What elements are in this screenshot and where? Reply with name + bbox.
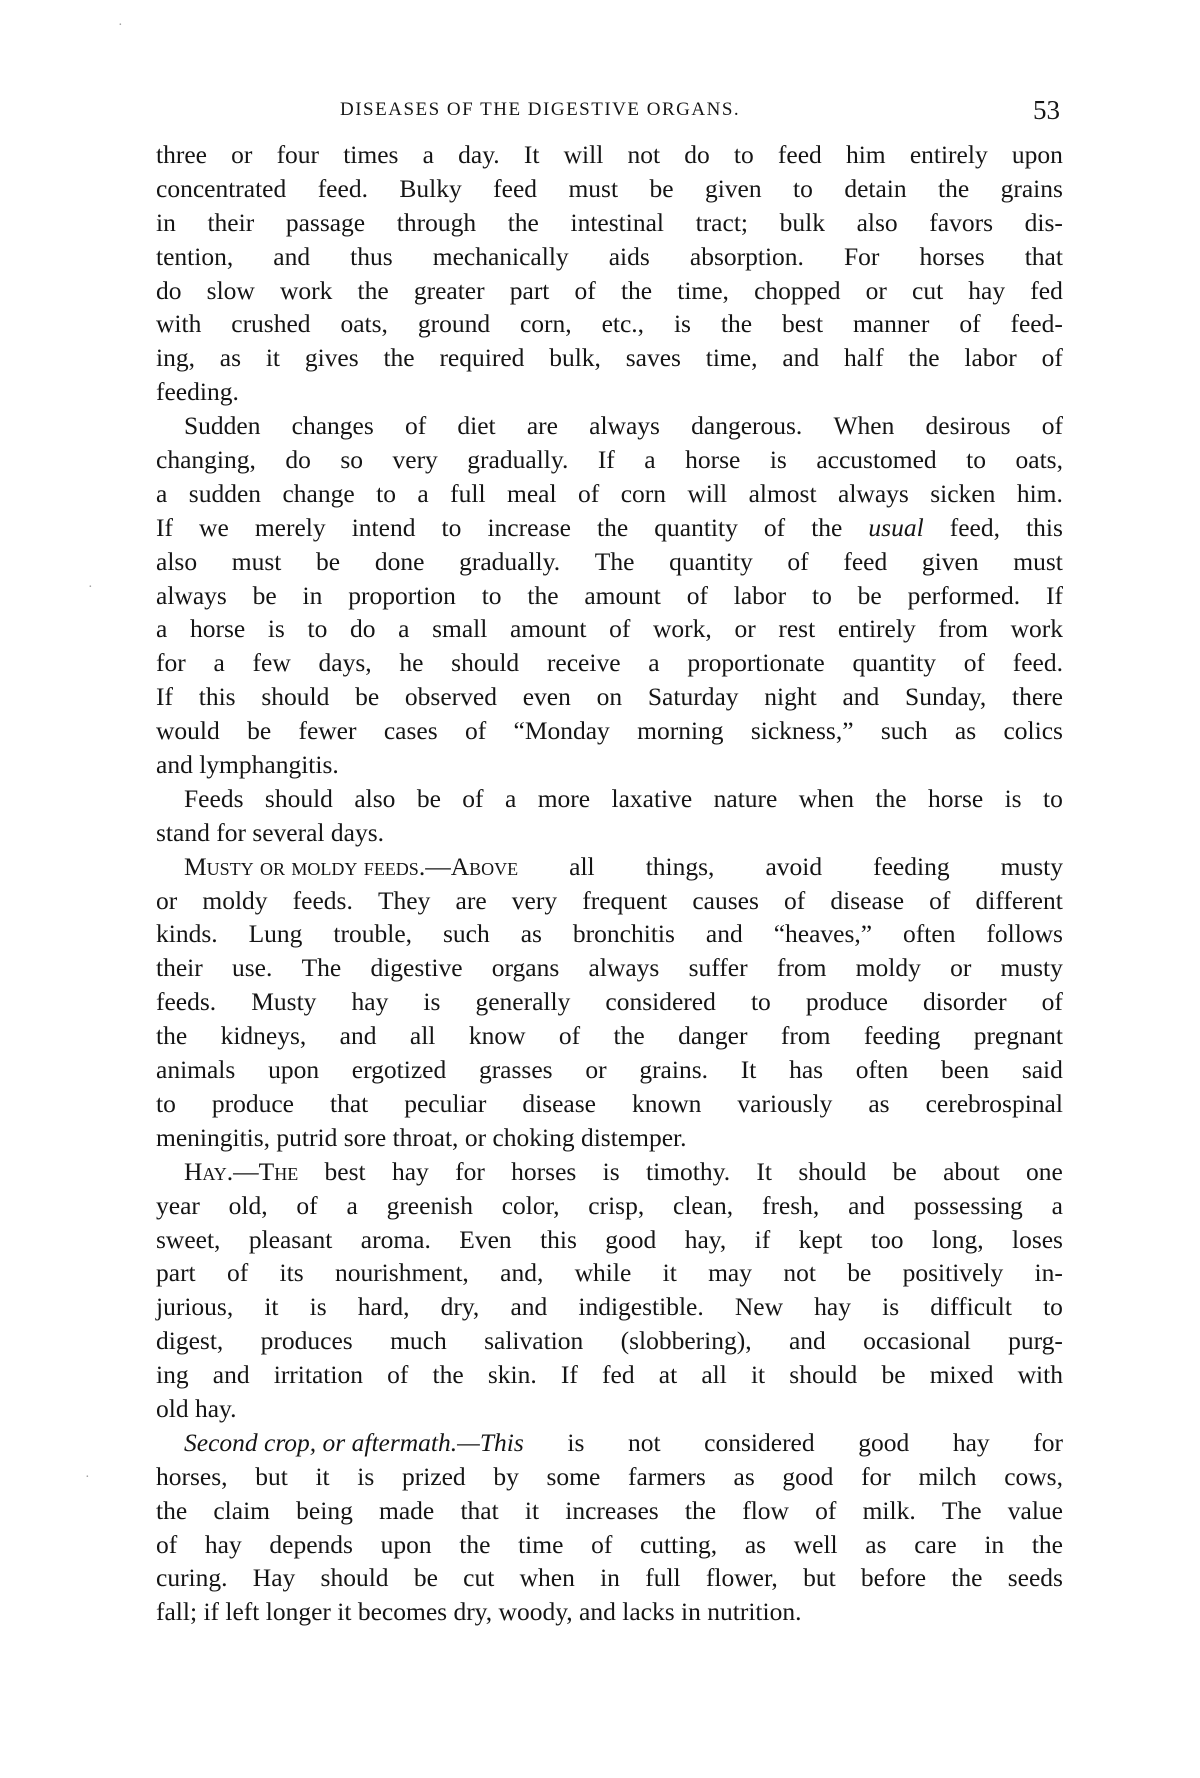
text-line: wouldbefewercasesof“Mondaymorningsicknes…: [156, 714, 1063, 748]
text-line: doslowworkthegreaterpartofthetime,choppe…: [156, 274, 1063, 308]
text-line: theclaimbeingmadethatitincreasestheflowo…: [156, 1494, 1063, 1528]
text-line: withcrushedoats,groundcorn,etc.,isthebes…: [156, 307, 1063, 341]
text-line: meningitis, putrid sore throat, or choki…: [156, 1121, 1063, 1155]
section-heading: Hay.—The: [184, 1155, 298, 1189]
text-line: animalsuponergotizedgrassesorgrains.Itha…: [156, 1053, 1063, 1087]
text-line: Musty or moldy feeds.—Aboveallthings,avo…: [156, 850, 1063, 884]
body-text: threeorfourtimesaday.Itwillnotdotofeedhi…: [156, 138, 1063, 1629]
text-line: IfthisshouldbeobservedevenonSaturdaynigh…: [156, 680, 1063, 714]
text-line: and lymphangitis.: [156, 748, 1063, 782]
text-line: asuddenchangetoafullmealofcornwillalmost…: [156, 477, 1063, 511]
text-line: ahorseistodoasmallamountofwork,orrestent…: [156, 612, 1063, 646]
scan-speck: ·: [85, 1470, 90, 1486]
text-line: ormoldyfeeds.Theyareveryfrequentcausesof…: [156, 884, 1063, 918]
book-page: DISEASES OF THE DIGESTIVE ORGANS. 53 thr…: [0, 0, 1200, 1778]
text-line: Feedsshouldalsobeofamorelaxativenaturewh…: [156, 782, 1063, 816]
text-line: jurious,itishard,dry,andindigestible.New…: [156, 1290, 1063, 1324]
section-heading: Musty or moldy feeds.—Above: [184, 850, 518, 884]
text-line: feeding.: [156, 375, 1063, 409]
text-line: curing.Hayshouldbecutwheninfullflower,bu…: [156, 1561, 1063, 1595]
scan-speck: ·: [88, 580, 93, 596]
text-line: digest,producesmuchsalivation(slobbering…: [156, 1324, 1063, 1358]
text-line: intheirpassagethroughtheintestinaltract;…: [156, 206, 1063, 240]
text-line: ing,asitgivestherequiredbulk,savestime,a…: [156, 341, 1063, 375]
text-line: ofhaydependsuponthetimeofcutting,aswella…: [156, 1528, 1063, 1562]
section-heading: Second crop, or aftermath.—This: [184, 1426, 524, 1460]
paragraph-p2: Suddenchangesofdietarealwaysdangerous.Wh…: [156, 409, 1063, 782]
paragraph-p5: Hay.—Thebesthayforhorsesistimothy.Itshou…: [156, 1155, 1063, 1426]
paragraph-p3: Feedsshouldalsobeofamorelaxativenaturewh…: [156, 782, 1063, 850]
text-line: Hay.—Thebesthayforhorsesistimothy.Itshou…: [156, 1155, 1063, 1189]
text-line: horses,butitisprizedbysomefarmersasgoodf…: [156, 1460, 1063, 1494]
text-line: yearold,ofagreenishcolor,crisp,clean,fre…: [156, 1189, 1063, 1223]
text-line: stand for several days.: [156, 816, 1063, 850]
text-line: fall; if left longer it becomes dry, woo…: [156, 1595, 1063, 1629]
text-line: tention,andthusmechanicallyaidsabsorptio…: [156, 240, 1063, 274]
text-line: alsomustbedonegradually.Thequantityoffee…: [156, 545, 1063, 579]
paragraph-p4: Musty or moldy feeds.—Aboveallthings,avo…: [156, 850, 1063, 1155]
paragraph-p6: Second crop, or aftermath.—Thisisnotcons…: [156, 1426, 1063, 1629]
running-title: DISEASES OF THE DIGESTIVE ORGANS.: [340, 99, 740, 121]
text-line: ingandirritationoftheskin.Iffedatallitsh…: [156, 1358, 1063, 1392]
text-line: kinds.Lungtrouble,suchasbronchitisand“he…: [156, 917, 1063, 951]
paragraph-p1: threeorfourtimesaday.Itwillnotdotofeedhi…: [156, 138, 1063, 409]
scan-speck: ·: [118, 18, 123, 34]
text-line: changing,dosoverygradually.Ifahorseisacc…: [156, 443, 1063, 477]
running-head: DISEASES OF THE DIGESTIVE ORGANS. 53: [150, 95, 1060, 129]
text-line: toproducethatpeculiardiseaseknownvarious…: [156, 1087, 1063, 1121]
text-line: threeorfourtimesaday.Itwillnotdotofeedhi…: [156, 138, 1063, 172]
text-line: sweet,pleasantaroma.Eventhisgoodhay,ifke…: [156, 1223, 1063, 1257]
text-line: forafewdays,heshouldreceiveaproportionat…: [156, 646, 1063, 680]
text-line: concentratedfeed.Bulkyfeedmustbegiventod…: [156, 172, 1063, 206]
page-number: 53: [1033, 95, 1060, 126]
text-line: Suddenchangesofdietarealwaysdangerous.Wh…: [156, 409, 1063, 443]
text-line: alwaysbeinproportiontotheamountoflaborto…: [156, 579, 1063, 613]
text-line: partofitsnourishment,and,whileitmaynotbe…: [156, 1256, 1063, 1290]
text-line: Ifwemerelyintendtoincreasethequantityoft…: [156, 511, 1063, 545]
text-line: Second crop, or aftermath.—Thisisnotcons…: [156, 1426, 1063, 1460]
text-line: old hay.: [156, 1392, 1063, 1426]
text-line: theiruse.Thedigestiveorgansalwayssufferf…: [156, 951, 1063, 985]
text-line: thekidneys,andallknowofthedangerfromfeed…: [156, 1019, 1063, 1053]
text-line: feeds.Mustyhayisgenerallyconsideredtopro…: [156, 985, 1063, 1019]
